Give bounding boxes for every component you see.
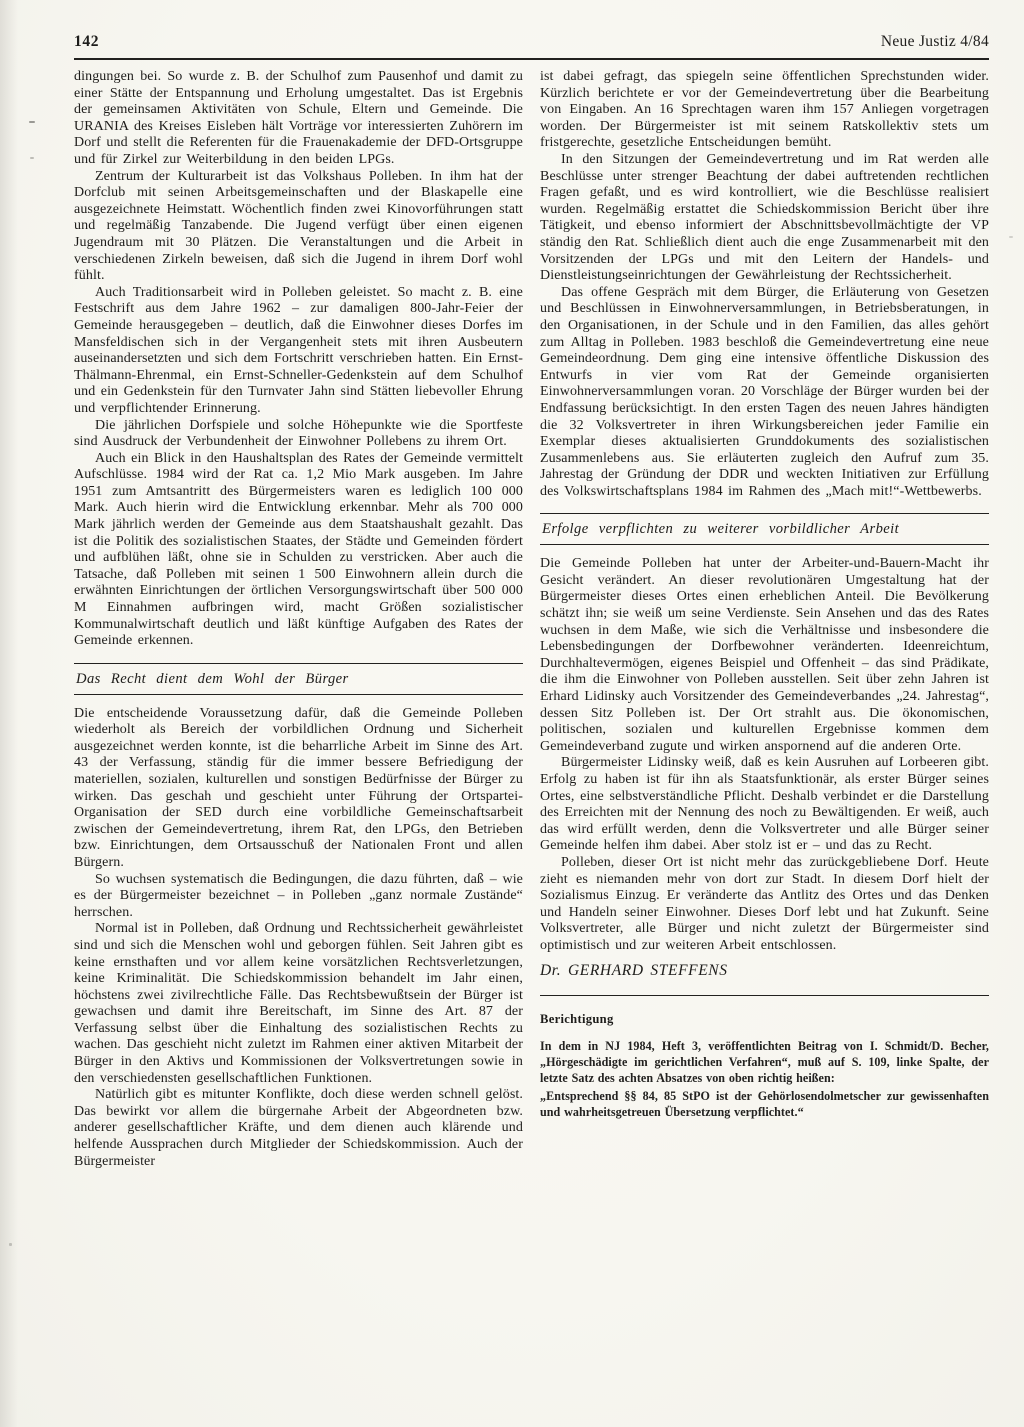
paragraph: Bürgermeister Lidinsky weiß, daß es kein… — [540, 755, 989, 855]
page-content: 142 Neue Justiz 4/84 dingungen bei. So w… — [74, 33, 989, 1170]
section-heading-right: Erfolge verpflichten zu weiterer vorbild… — [540, 513, 989, 545]
paragraph: ist dabei gefragt, das spiegeln seine öf… — [540, 69, 989, 152]
paragraph: dingungen bei. So wurde z. B. der Schulh… — [74, 69, 523, 169]
right-column: ist dabei gefragt, das spiegeln seine öf… — [540, 69, 989, 1170]
paragraph: Polleben, dieser Ort ist nicht mehr das … — [540, 855, 989, 955]
paragraph: Auch Traditionsarbeit wird in Polleben g… — [74, 285, 523, 418]
paragraph: Das offene Gespräch mit dem Bürger, die … — [540, 285, 989, 501]
left-column: dingungen bei. So wurde z. B. der Schulh… — [74, 69, 523, 1170]
correction-notice: Berichtigung In dem in NJ 1984, Heft 3, … — [540, 995, 989, 1121]
paragraph: Die Gemeinde Polleben hat unter der Arbe… — [540, 556, 989, 755]
paragraph: So wuchsen systematisch die Bedingungen,… — [74, 872, 523, 922]
paragraph: Zentrum der Kulturarbeit ist das Volksha… — [74, 169, 523, 285]
article-body: dingungen bei. So wurde z. B. der Schulh… — [74, 69, 989, 1170]
scan-artifact — [30, 157, 34, 159]
paragraph: Auch ein Blick in den Haushaltsplan des … — [74, 451, 523, 650]
correction-title: Berichtigung — [540, 1012, 989, 1027]
paragraph: Normal ist in Polleben, daß Ordnung und … — [74, 921, 523, 1087]
paragraph: Die entscheidende Voraussetzung dafür, d… — [74, 706, 523, 872]
correction-intro: In dem in NJ 1984, Heft 3, veröffentlich… — [540, 1038, 989, 1087]
journal-title: Neue Justiz 4/84 — [881, 33, 989, 50]
correction-quote: „Entsprechend §§ 84, 85 StPO ist der Geh… — [540, 1088, 989, 1120]
author-byline: Dr. GERHARD STEFFENS — [540, 962, 989, 980]
scan-artifact — [29, 121, 35, 123]
page-number: 142 — [74, 33, 99, 50]
scan-edge-shadow — [0, 0, 18, 1427]
paragraph: In den Sitzungen der Gemeindevertretung … — [540, 152, 989, 285]
paragraph: Natürlich gibt es mitunter Konflikte, do… — [74, 1087, 523, 1170]
section-heading-left: Das Recht dient dem Wohl der Bürger — [74, 663, 523, 695]
scanned-journal-page: 142 Neue Justiz 4/84 dingungen bei. So w… — [0, 0, 1024, 1427]
page-header: 142 Neue Justiz 4/84 — [74, 33, 989, 60]
scan-artifact — [1009, 236, 1013, 238]
scan-artifact — [9, 1243, 12, 1246]
paragraph: Die jährlichen Dorfspiele und solche Höh… — [74, 418, 523, 451]
